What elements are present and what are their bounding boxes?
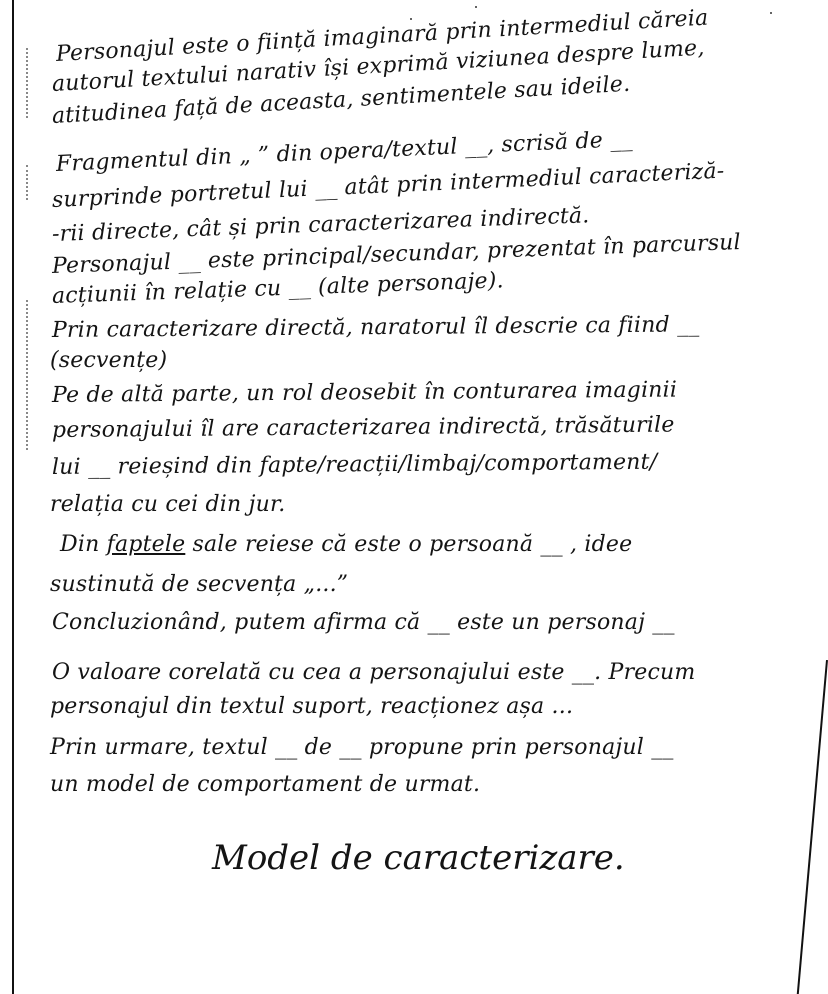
text-line: lui __ reieșind din fapte/reacții/limbaj… [52, 450, 657, 480]
scan-speck [475, 6, 477, 8]
page-title: Model de caracterizare. [212, 838, 625, 878]
page-right-border [796, 660, 828, 994]
text-line: (secvențe) [50, 348, 167, 373]
text-line: Prin caracterizare directă, naratorul îl… [52, 312, 700, 343]
text-suffix: sale reiese că este o persoană __ , idee [185, 532, 632, 557]
text-line: un model de comportament de urmat. [50, 772, 480, 797]
text-line: O valoare corelată cu cea a personajului… [52, 660, 695, 685]
margin-dots [26, 300, 30, 450]
text-line: Pe de altă parte, un rol deosebit în con… [52, 378, 677, 408]
margin-dots [26, 48, 30, 118]
text-line: Concluzionând, putem afirma că __ este u… [52, 610, 675, 635]
margin-dots [26, 165, 30, 200]
text-prefix: Din [60, 532, 107, 557]
text-line: relația cu cei din jur. [50, 492, 286, 517]
page-left-border [12, 0, 14, 994]
text-line: personajului îl are caracterizarea indir… [52, 413, 675, 443]
scan-speck [410, 18, 412, 20]
text-line-faptele: Din faptele sale reiese că este o persoa… [60, 532, 632, 557]
text-line: sustinută de secvența „...” [50, 572, 348, 597]
text-line: personajul din textul suport, reacționez… [50, 694, 573, 719]
scanned-page: Personajul este o ființă imaginară prin … [0, 0, 828, 994]
scan-speck [770, 12, 772, 14]
underlined-word: faptele [107, 532, 186, 557]
text-line: Prin urmare, textul __ de __ propune pri… [50, 735, 674, 760]
